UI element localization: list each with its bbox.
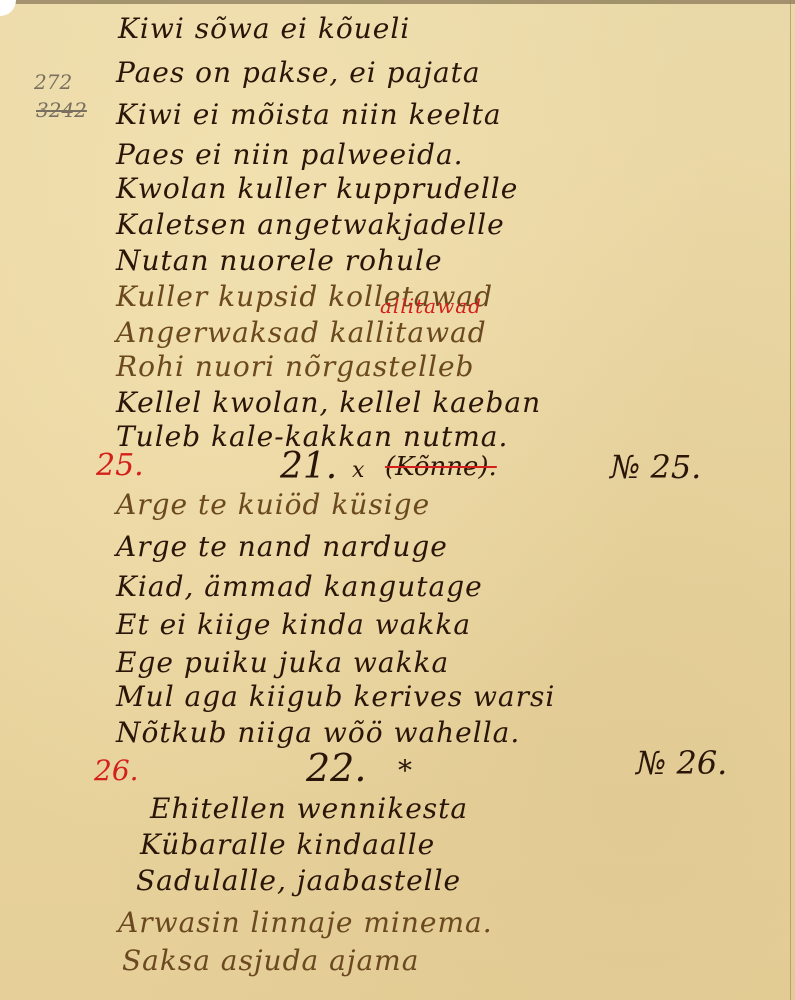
catalog-number: № 26. [636, 744, 727, 782]
verse-line: Kiwi ei mõista niin keelta [116, 98, 502, 131]
verse-line: Ehitellen wennikesta [150, 792, 468, 825]
verse-line: Saksa asjuda ajama [122, 944, 419, 977]
verse-line: Kübaralle kindaalle [140, 828, 435, 861]
verse-line: Kaletsen angetwakjadelle [116, 208, 505, 241]
pencil-archive-number: 272 [34, 70, 72, 94]
verse-line: Kiad, ämmad kangutage [116, 570, 483, 603]
verse-line: Nõtkub niiga wõö wahella. [116, 716, 520, 749]
verse-line: Mul aga kiigub kerives warsi [116, 680, 555, 713]
verse-line: Nutan nuorele rohule [116, 244, 443, 277]
struck-title: (Kõnne). [385, 452, 497, 482]
verse-line: Arge te nand narduge [116, 530, 448, 563]
catalog-number: № 25. [610, 448, 701, 486]
verse-line: Kellel kwolan, kellel kaeban [116, 386, 541, 419]
manuscript-page: 272 3242 Kiwi sõwa ei kõueli Paes on pak… [0, 0, 795, 1000]
heading-mark: * [398, 754, 412, 787]
verse-line: Kiwi sõwa ei kõueli [118, 12, 410, 45]
verse-line: Arge te kuiöd küsige [116, 488, 430, 521]
verse-line: Angerwaksad kallitawad [116, 316, 487, 349]
verse-line: Paes on pakse, ei pajata [116, 56, 481, 89]
verse-line: Sadulalle, jaabastelle [136, 864, 461, 897]
verse-line: Rohi nuori nõrgastelleb [116, 350, 474, 383]
red-margin-number: 25. [96, 448, 144, 483]
heading-mark: x [352, 458, 364, 483]
struck-archive-number: 3242 [36, 98, 87, 122]
red-margin-number: 26. [94, 754, 139, 787]
torn-corner [0, 0, 16, 16]
red-insertion: allitawad [380, 294, 482, 318]
verse-line: Kwolan kuller kupprudelle [116, 172, 518, 205]
song-number: 22. [306, 746, 366, 790]
verse-line: Paes ei niin palweeida. [116, 138, 464, 171]
verse-line: Arwasin linnaje minema. [118, 906, 493, 939]
verse-line: Et ei kiige kinda wakka [116, 608, 471, 641]
song-number: 21. [280, 446, 337, 487]
verse-line: Ege puiku juka wakka [116, 646, 449, 679]
